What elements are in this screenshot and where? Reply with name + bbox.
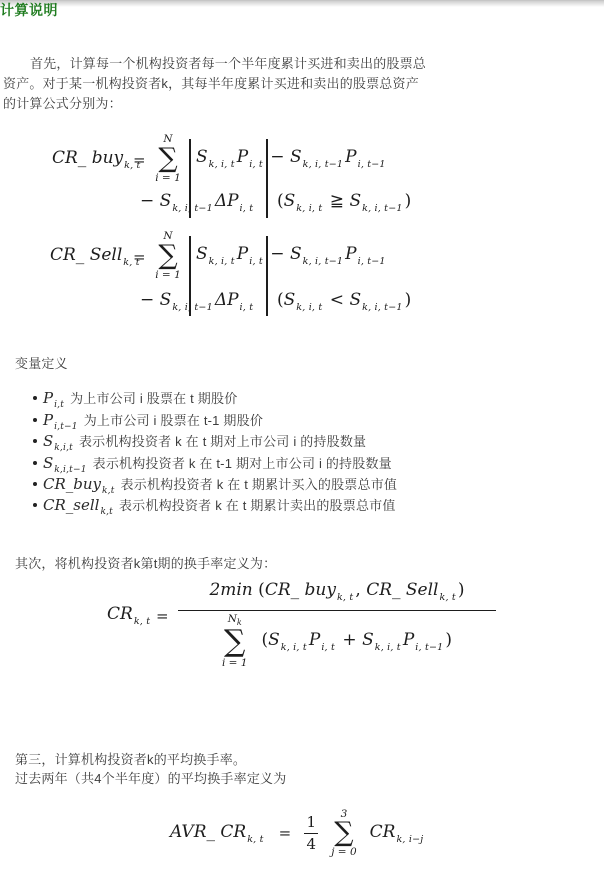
bullet-icon [33,439,37,443]
list-item: Pi,t−1为上市公司 i 股票在 t-1 期股价 [33,410,263,432]
top-shadow-strip [0,0,604,7]
summation: N ∑ i = 1 [149,231,187,280]
var-description: 表示机构投资者 k 在 t 期对上市公司 i 的持股数量 [79,434,366,449]
sum-lower-limit: i = 1 [222,658,248,669]
bullet-icon [33,418,37,422]
list-item: Sk,i,t−1表示机构投资者 k 在 t-1 期对上市公司 i 的持股数量 [33,453,392,475]
equals-sign: = [279,824,292,842]
sum-lower-limit: j = 0 [331,847,356,858]
formula-cr-sell-line1: Sk, i, tPi, t − Sk, i, t−1Pi, t−1 [196,244,388,267]
equals-sign: = [133,248,146,266]
summation: N ∑ i = 1 [149,134,187,183]
intro-line-3: 的计算公式分别为： [3,93,122,112]
sigma-symbol: ∑ [334,820,353,845]
denominator-terms: (Sk, i, tPi, t + Sk, i, tPi, t−1) [261,630,452,653]
fraction-numerator: 1 [306,815,316,830]
one-quarter-fraction: 1 4 [304,815,318,852]
var-description: 为上市公司 i 股票在 t-1 期股价 [84,413,263,428]
formula-cr-buy-line1: Sk, i, tPi, t − Sk, i, t−1Pi, t−1 [196,147,388,170]
equals-sign: = [133,151,146,169]
formula-cr-buy-lhs: CR_ buyk, t [52,148,143,171]
var-symbol: Sk,i,t−1 [43,454,87,472]
list-item: Pi,t为上市公司 i 股票在 t 期股价 [33,388,237,410]
fraction-numerator: 2min (CR_ buyk, t, CR_ Sellk, t) [178,580,496,610]
formula-cr-sell: CR_ Sellk, t = N ∑ i = 1 Sk, i, tPi, t −… [0,231,610,331]
var-description: 为上市公司 i 股票在 t 期股价 [70,391,237,406]
sigma-symbol: ∑ [158,146,177,171]
sum-lower-limit: i = 1 [155,270,181,281]
third-line-2: 过去两年（共4个半年度）的平均换手率定义为 [15,768,286,787]
fraction-denominator: Nk ∑ i = 1 (Sk, i, tPi, t + Sk, i, tPi, … [178,611,496,669]
var-description: 表示机构投资者 k 在 t 期累计卖出的股票总市值 [119,498,396,513]
var-symbol: Pi,t [43,389,64,407]
formula-cr-buy-condition: (Sk, i, t ≧ Sk, i, t−1) [277,191,411,214]
abs-bar-right [266,139,268,218]
bullet-icon [33,461,37,465]
formula-turnover: CRk, t = 2min (CR_ buyk, t, CR_ Sellk, t… [0,580,610,685]
formula-turnover-lhs: CRk, t [107,604,152,627]
list-item: Sk,i,t表示机构投资者 k 在 t 期对上市公司 i 的持股数量 [33,431,366,453]
var-description: 表示机构投资者 k 在 t-1 期对上市公司 i 的持股数量 [93,456,392,471]
third-line-1: 第三，计算机构投资者k的平均换手率。 [15,749,246,768]
formula-avr-cr: AVR_ CRk, t = 1 4 3 ∑ j = 0 CRk, i−j [170,800,425,866]
bullet-icon [33,482,37,486]
document-page: 计算说明 首先，计算每一个机构投资者每一个半年度累计买进和卖出的股票总 资产。对… [0,0,610,872]
fraction-denominator: 4 [306,837,316,852]
fraction: 2min (CR_ buyk, t, CR_ Sellk, t) Nk ∑ i … [178,580,496,669]
list-item: CR_buyk,t表示机构投资者 k 在 t 期累计买入的股票总市值 [33,474,397,496]
var-symbol: CR_buyk,t [43,475,115,493]
abs-bar-right [266,236,268,316]
summation: 3 ∑ j = 0 [331,809,356,858]
formula-cr-sell-condition: (Sk, i, t < Sk, i, t−1) [277,290,411,313]
formula-avr-lhs: AVR_ CRk, t [170,822,266,845]
formula-cr-buy-line2: − Sk, i, t−1ΔPi, t [140,191,255,214]
bullet-icon [33,396,37,400]
var-symbol: Pi,t−1 [43,411,78,429]
var-symbol: Sk,i,t [43,432,73,450]
sigma-symbol: ∑ [224,628,245,656]
var-symbol: CR_sellk,t [43,496,113,514]
sum-lower-limit: i = 1 [155,173,181,184]
sigma-symbol: ∑ [158,243,177,268]
formula-avr-rhs: CRk, i−j [370,822,426,845]
summation: Nk ∑ i = 1 [222,614,248,669]
fraction-bar [304,833,318,834]
second-paragraph: 其次，将机构投资者k第t期的换手率定义为： [15,553,276,572]
bullet-icon [33,503,37,507]
formula-cr-sell-lhs: CR_ Sellk, t [50,245,142,268]
intro-line-1: 首先，计算每一个机构投资者每一个半年度累计买进和卖出的股票总 [30,53,426,72]
var-description: 表示机构投资者 k 在 t 期累计买入的股票总市值 [121,477,398,492]
equals-sign: = [156,607,169,625]
formula-cr-sell-line2: − Sk, i, t−1ΔPi, t [140,290,255,313]
list-item: CR_sellk,t表示机构投资者 k 在 t 期累计卖出的股票总市值 [33,495,396,517]
vars-heading: 变量定义 [15,353,68,372]
intro-line-2: 资产。对于某一机构投资者k，其每半年度累计买进和卖出的股票总资产 [3,73,419,92]
formula-cr-buy: CR_ buyk, t = N ∑ i = 1 Sk, i, tPi, t − … [0,134,610,234]
page-title: 计算说明 [0,0,58,20]
